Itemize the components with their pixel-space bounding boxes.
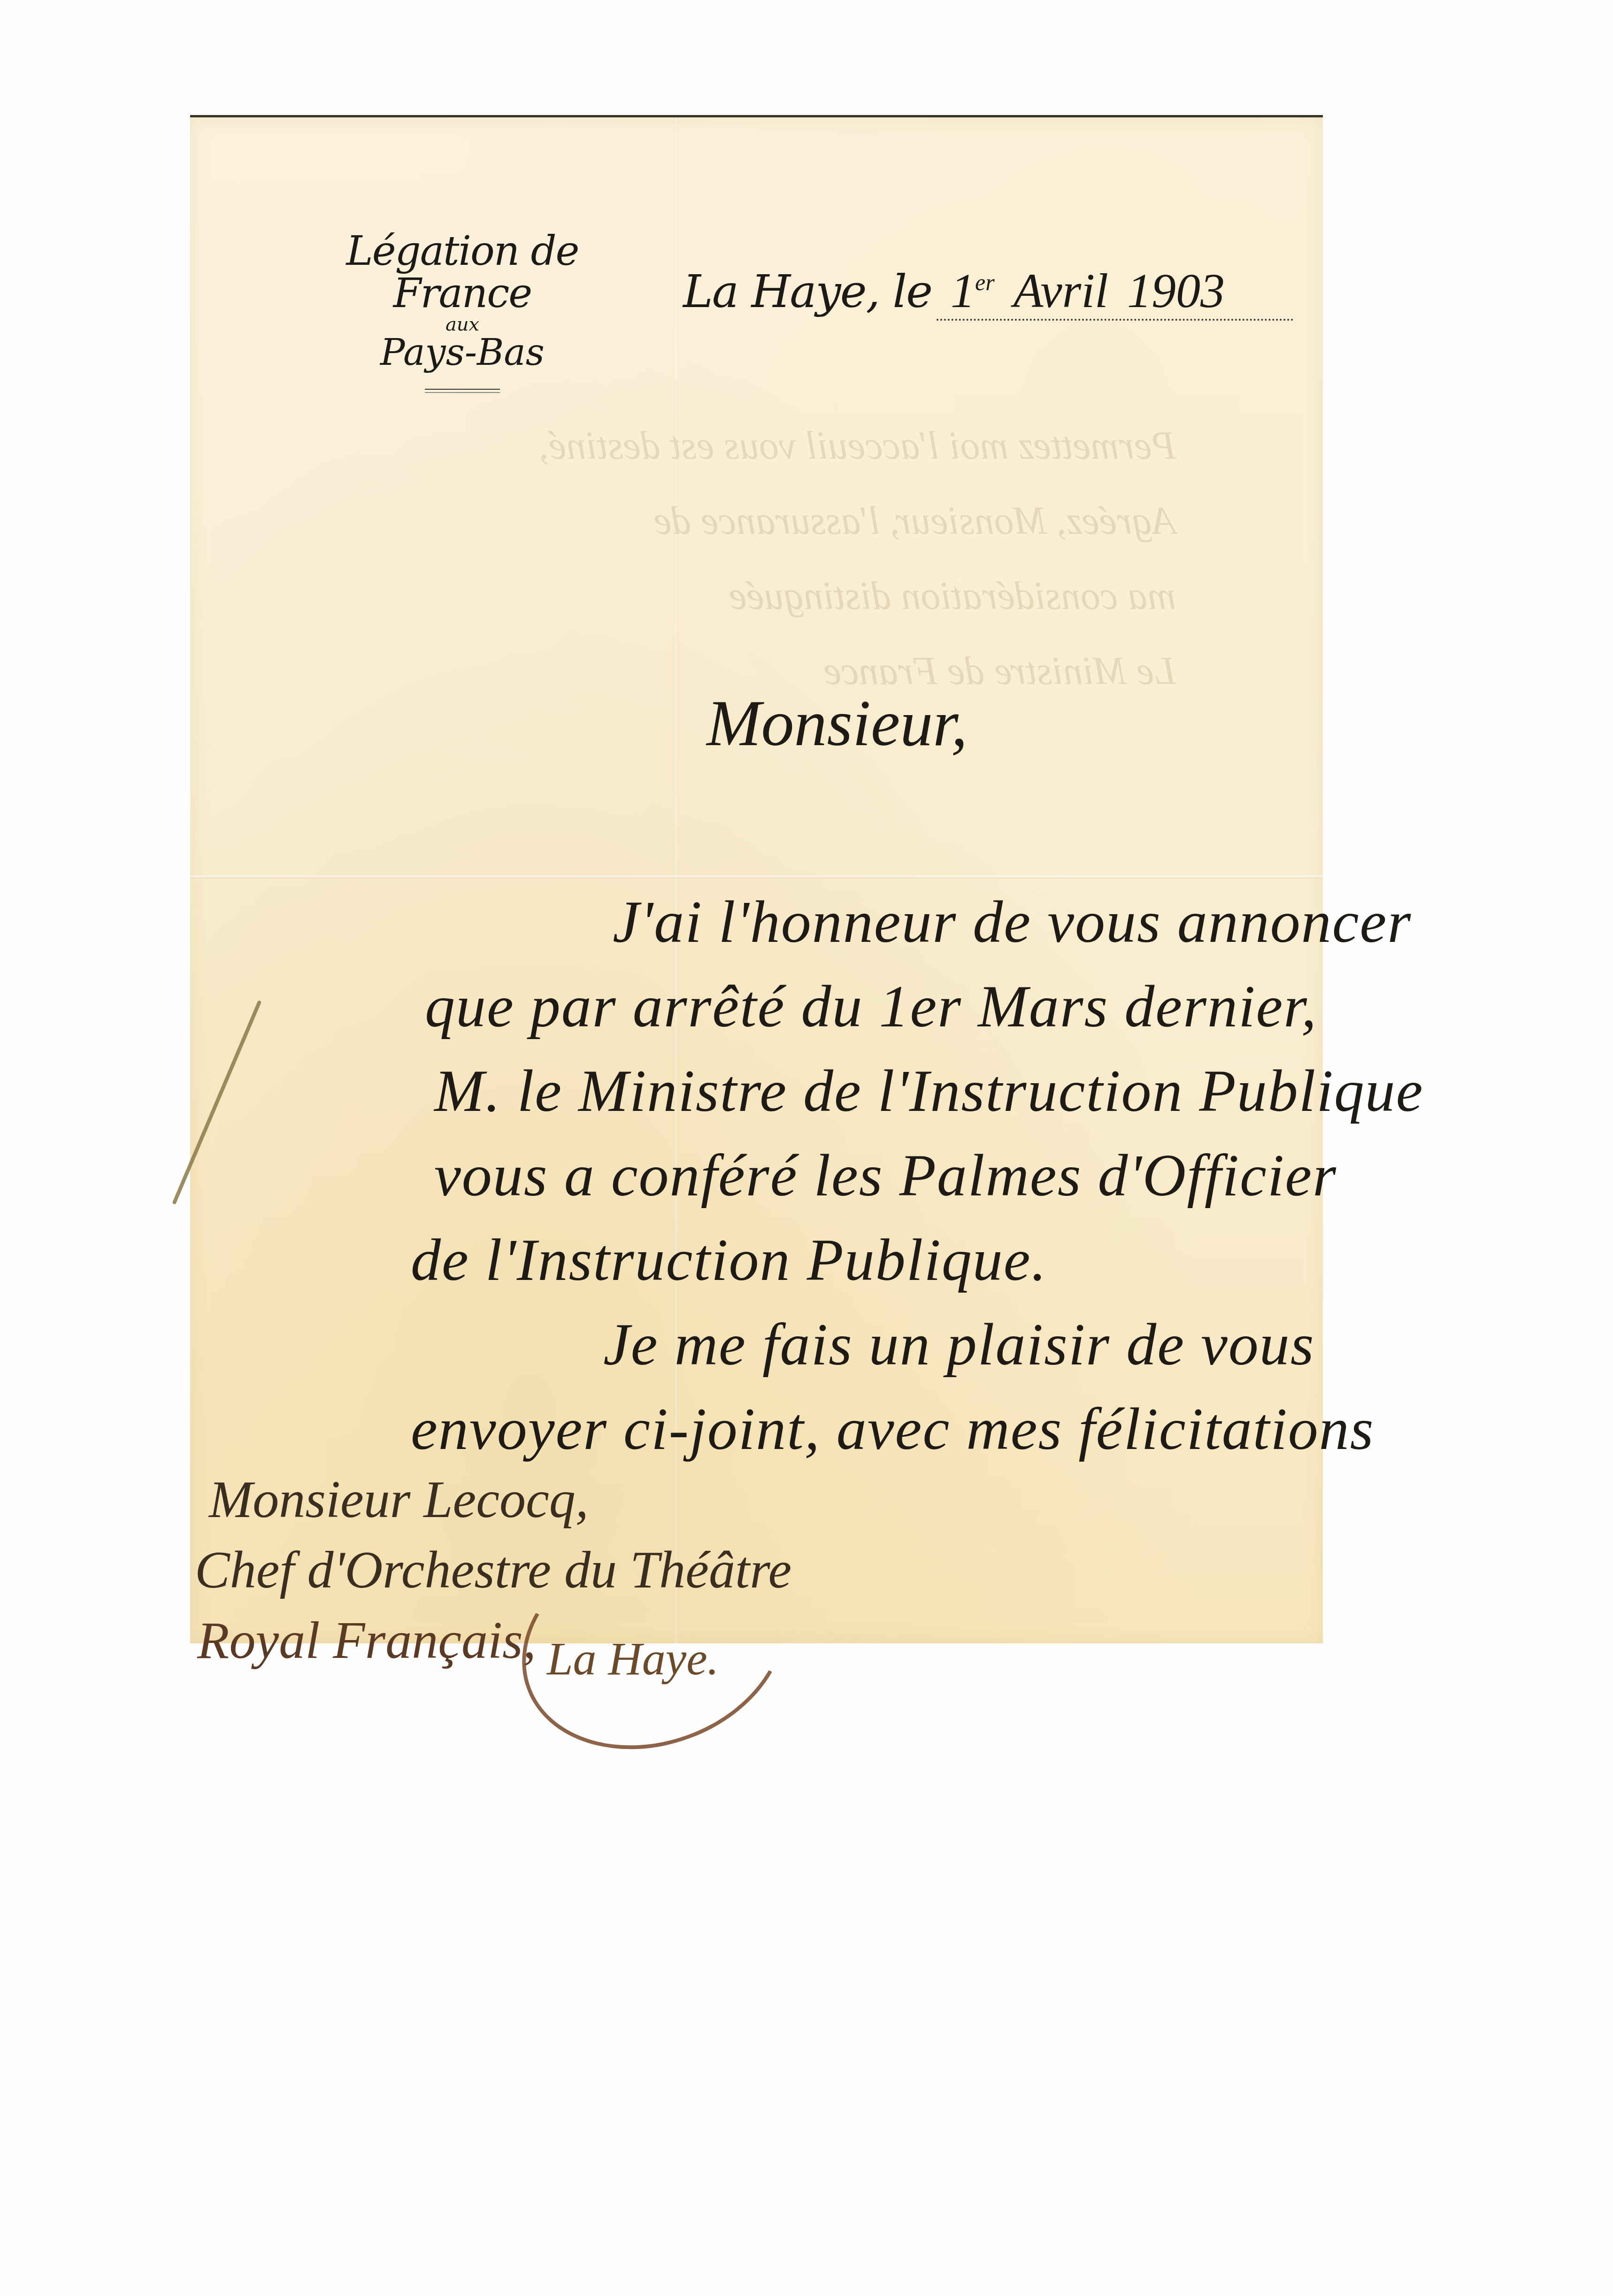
body-line: J'ai l'honneur de vous annoncer (613, 887, 1412, 956)
show-through-line: Agréez, Monsieur, l'assurance de (331, 484, 1176, 559)
letterhead: Légation de France aux Pays-Bas (284, 230, 641, 393)
margin-pen-stroke (172, 1000, 261, 1205)
body-line: M. le Ministre de l'Instruction Publique (434, 1056, 1424, 1125)
dateline-place: La Haye, le (683, 265, 932, 318)
show-through-line: Permettez moi l'acceuil vous est destiné… (331, 408, 1176, 484)
body-line: de l'Instruction Publique. (411, 1225, 1047, 1294)
date-day-number: 1 (951, 264, 975, 318)
letterhead-legation: Légation de France (284, 230, 641, 315)
body-line: Je me fais un plaisir de vous (603, 1310, 1315, 1379)
body-line: vous a conféré les Palmes d'Officier (434, 1141, 1337, 1210)
letter-sheet: Légation de France aux Pays-Bas La Haye,… (190, 115, 1323, 1643)
addressee-name: Monsieur Lecocq, (209, 1470, 589, 1530)
body-line: envoyer ci-joint, avec mes félicitations (411, 1395, 1375, 1464)
salutation: Monsieur, (707, 686, 968, 761)
letterhead-rule-divider (425, 389, 500, 393)
show-through-line: ma considération distinguée (331, 559, 1176, 634)
letterhead-country: Pays-Bas (284, 334, 641, 372)
horizontal-fold-crease (190, 876, 1323, 878)
letterhead-aux: aux (284, 315, 641, 334)
dateline-date-field: 1er Avril 1903 (937, 263, 1293, 321)
date-day-suffix: er (975, 269, 995, 295)
body-line: que par arrêté du 1er Mars dernier, (425, 972, 1317, 1041)
date-month: Avril (1014, 263, 1108, 319)
dateline: La Haye, le 1er Avril 1903 (683, 263, 1293, 321)
show-through-reverse-text: Permettez moi l'acceuil vous est destiné… (331, 408, 1176, 709)
addressee-institution: Royal Français, (197, 1610, 536, 1671)
date-year: 1903 (1127, 263, 1225, 319)
date-day: 1er (951, 263, 995, 319)
addressee-city: La Haye. (547, 1632, 719, 1686)
